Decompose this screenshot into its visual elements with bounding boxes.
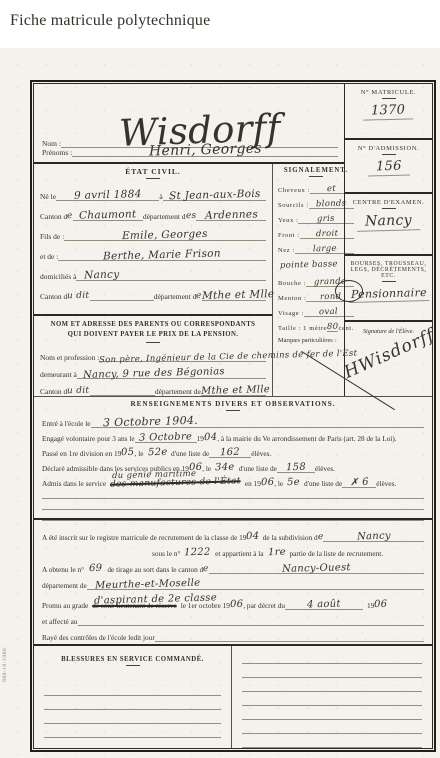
right-column: N° MATRICULE. 1370 N° D'ADMISSION. 156 C… [344, 84, 432, 396]
etat-civil-section: ÉTAT CIVIL. Né le 9 avril 1884 à St Jean… [34, 164, 272, 316]
main-band: Nom : Wisdorff Prénoms : Henri, Georges [34, 84, 432, 396]
et-de-label: et de : [40, 252, 58, 261]
marques-label: Marques particulières : [278, 337, 354, 344]
bourses-label-line2: LEGS, DÉCRÈTEMENTS, ETC. [345, 267, 432, 279]
divider-dash [309, 176, 323, 177]
centre-examen-box: CENTRE D'EXAMEN. Nancy [345, 194, 432, 256]
cheveux-value: et [327, 184, 336, 194]
ruled-line [44, 696, 221, 710]
sourcils-value: blonds [316, 199, 347, 210]
lieu-value: St Jean-aux-Bois [168, 188, 260, 202]
affecte-field [78, 625, 424, 626]
front-value: droit [316, 229, 339, 240]
prenoms-label: Prénoms : [42, 148, 72, 157]
ne-le-field: 9 avril 1884 [56, 189, 159, 201]
passe-label1: Passé en 1re division en 19 [42, 449, 121, 458]
admis-label4: d'une liste de [304, 479, 342, 488]
ruled-line [44, 682, 221, 696]
partie-label1: et appartient à la [215, 549, 263, 558]
canton2-label: Canton d [40, 292, 67, 301]
ne-le-value: 9 avril 1884 [74, 188, 142, 202]
bourses-box: BOURSES, TROUSSEAU, LEGS, DÉCRÈTEMENTS, … [345, 256, 432, 322]
yeux-label: Yeux : [278, 217, 298, 224]
demeurant-label: demeurant à [40, 370, 77, 379]
canton2-suffix: u dit [67, 291, 90, 302]
dept-recr-field-rest [259, 589, 424, 590]
divider-dash [126, 665, 140, 666]
passe-total: 162 [220, 447, 240, 459]
taille-field: 80 [327, 322, 338, 332]
divider-dash [382, 154, 396, 155]
admis-label3: , le [274, 479, 283, 488]
et-de-value: Berthe, Marie Frison [103, 247, 221, 262]
declare-rang: 34e [211, 462, 239, 474]
renseignements-title: RENSEIGNEMENTS DIVERS ET OBSERVATIONS. [42, 400, 424, 408]
visage-value: oval [319, 307, 338, 317]
parents-dept-field: Mthe et Mlle [201, 385, 266, 396]
admission-box: N° D'ADMISSION. 156 [345, 140, 432, 194]
lieu-field: St Jean-aux-Bois [163, 189, 266, 201]
ruled-line [44, 724, 221, 738]
promu-annee2: 06 [374, 599, 388, 610]
canton1-value: Chaumont [79, 208, 137, 222]
ruled-line [242, 664, 422, 678]
canton1-label: Canton d [40, 212, 67, 221]
passe-rang: 52e [143, 447, 171, 459]
fils-de-value: Emile, Georges [122, 228, 208, 242]
tirage-label2: de tirage au sort dans le canton d [107, 565, 203, 574]
tirage-numero: 69 [84, 563, 108, 575]
nez-value2: pointe basse [280, 259, 338, 271]
passe-label2: , le [135, 449, 144, 458]
inscrit-label2: de la subdivision d [260, 533, 318, 542]
ruled-line [44, 710, 221, 724]
ruled-line [242, 692, 422, 706]
inscrit-annee: 04 [246, 531, 260, 542]
engage-mid: 19 [197, 434, 204, 443]
declare-label3: d'une liste de [239, 464, 277, 473]
tirage-canton: Nancy-Ouest [282, 562, 351, 575]
centre-examen-value: Nancy [357, 212, 420, 232]
tirage-suffix: e [203, 564, 209, 574]
ruled-line [42, 499, 424, 510]
dept2-value: Mthe et Mlle [202, 288, 275, 302]
declare-label4: élèves. [315, 464, 335, 473]
admis-rang: 5e [283, 477, 304, 489]
front-label: Front : [278, 232, 300, 239]
ruled-line [242, 720, 422, 734]
yeux-value: gris [317, 214, 335, 224]
declare-label2: , le [202, 464, 211, 473]
nom-profession-label: Nom et profession : [40, 353, 99, 362]
recrutement-section: A été inscrit sur le registre matricule … [34, 518, 432, 644]
inscrit-suffix: e [318, 532, 324, 542]
menton-label: Menton : [278, 295, 306, 302]
dept-recr-value: Meurthe-et-Moselle [95, 578, 201, 592]
signalement-title: SIGNALEMENT. [278, 167, 354, 174]
passe-label3: d'une liste de [171, 449, 209, 458]
et-de-field: Berthe, Marie Frison [58, 249, 266, 261]
declare-total: 158 [286, 462, 306, 474]
dept2-field: Mthe et Mlle [202, 289, 266, 301]
fils-de-label: Fils de : [40, 232, 64, 241]
tirage-label1: A obtenu le n° [42, 565, 84, 574]
dept1-label: département d [143, 212, 186, 221]
raye-label: Rayé des contrôles de l'école ledit jour [42, 633, 155, 642]
partie-label2: partie de la liste de recrutement. [290, 549, 384, 558]
entre-value: 3 Octobre 1904. [103, 414, 198, 429]
blessures-section: BLESSURES EN SERVICE COMMANDÉ. [34, 646, 232, 748]
ruled-line [242, 678, 422, 692]
divider-dash [146, 178, 160, 179]
blessures-band: BLESSURES EN SERVICE COMMANDÉ. [34, 644, 432, 748]
numero-value: 1222 [180, 547, 215, 559]
dept1-field: Ardennes [196, 209, 266, 221]
bouche-label: Bouche : [278, 280, 306, 287]
admission-label: N° D'ADMISSION. [345, 145, 432, 152]
canton2-field [90, 300, 154, 301]
promu-label4: 19 [363, 601, 374, 610]
partie-value: 1re [263, 547, 289, 559]
engage-value: 3 Octobre [139, 432, 192, 444]
divider-dash [382, 281, 396, 282]
passe-field: 162 [209, 447, 251, 458]
divider-dash [226, 410, 240, 411]
page-title: Fiche matricule polytechnique [10, 12, 210, 30]
ruled-line [42, 488, 424, 499]
engage-suffix: , à la mairie du Ve arrondissement de Pa… [217, 434, 396, 443]
parents-section: NOM ET ADRESSE DES PARENTS OU CORRESPOND… [34, 316, 272, 396]
tirage-field: Nancy-Ouest [209, 563, 424, 574]
admis-struck-text: des manufactures de l'État [110, 477, 241, 490]
promu-decret-field: 4 août [285, 599, 363, 610]
domicilies-label: domiciliés à [40, 272, 76, 281]
inscrit-subdivision: Nancy [357, 531, 391, 543]
sourcils-label: Sourcils : [278, 202, 309, 209]
admis-label2: en 19 [245, 479, 261, 488]
parents-title-line1: NOM ET ADRESSE DES PARENTS OU CORRESPOND… [40, 320, 266, 330]
admis-label5: élèves. [376, 479, 396, 488]
matricule-box: N° MATRICULE. 1370 [345, 84, 432, 140]
admis-annee: 06 [261, 477, 275, 488]
prenoms-value: Henri, Georges [149, 141, 262, 160]
passe-label4: élèves. [251, 449, 271, 458]
ne-le-label: Né le [40, 192, 56, 201]
raye-field [155, 641, 424, 642]
bourses-value: Pensionnaire [348, 286, 428, 303]
demeurant-value: Nancy, 9 rue des Bégonias [83, 367, 225, 382]
entre-field-rest [211, 427, 424, 428]
promu-label1: Promu au grade [42, 601, 88, 610]
parents-title-line2: QUI DOIVENT PAYER LE PRIX DE LA PENSION. [40, 330, 266, 340]
admis-label1: Admis dans le service [42, 479, 106, 488]
dept1-suffix: es [185, 211, 196, 221]
matricule-value: 1370 [363, 102, 414, 120]
ruled-line [242, 706, 422, 720]
cheveux-label: Cheveux : [278, 187, 310, 194]
dept2-label: département d [154, 292, 197, 301]
dept-recr-field: Meurthe-et-Moselle [87, 579, 260, 590]
centre-examen-label: CENTRE D'EXAMEN. [345, 199, 432, 206]
nez-label: Nez : [278, 247, 295, 254]
canton1-suffix: e [67, 211, 73, 221]
admission-value: 156 [367, 158, 409, 176]
domicilies-field: Nancy [76, 269, 266, 281]
entre-field: 3 Octobre 1904. [91, 415, 211, 428]
divider-dash [382, 98, 396, 99]
admis-field: ✗ 6 [342, 477, 376, 488]
promu-annee1: 06 [230, 599, 244, 610]
parents-dept-label: département de [155, 387, 201, 396]
renseignements-section: RENSEIGNEMENTS DIVERS ET OBSERVATIONS. E… [34, 396, 432, 518]
divider-dash [146, 342, 160, 343]
declare-field: 158 [277, 462, 315, 473]
engage-label: Engagé volontaire pour 3 ans le [42, 434, 135, 443]
taille-label: Taille : 1 mètre [278, 325, 327, 332]
affecte-label: et affecté au [42, 617, 78, 626]
fils-de-field: Emile, Georges [64, 229, 266, 241]
engage-field: 3 Octobre [135, 432, 197, 443]
nom-profession-field: Son père, Ingénieur de la Cie de chemins… [99, 352, 266, 362]
ruled-line [242, 734, 422, 748]
prenoms-field: Henri, Georges [72, 142, 338, 157]
entre-label: Entré à l'école le [42, 419, 91, 428]
promu-decret-date: 4 août [307, 599, 341, 611]
parents-dept-value: Mthe et Mlle [201, 384, 270, 397]
numero-label: sous le n° [152, 549, 180, 558]
promu-label3: , par décret du [243, 601, 285, 610]
parents-canton-suffix: u dit [67, 386, 90, 397]
divider-dash [382, 208, 396, 209]
taille-value: 80 [327, 322, 339, 332]
visage-label: Visage : [278, 310, 304, 317]
admis-total: ✗ 6 [350, 477, 369, 488]
notes-column [232, 646, 432, 748]
identity-section: Nom : Wisdorff Prénoms : Henri, Georges [34, 84, 344, 164]
matricule-label: N° MATRICULE. [345, 89, 432, 96]
dept-recr-label: département de [42, 581, 87, 590]
ruled-line [242, 650, 422, 664]
nez-value: large [312, 244, 336, 255]
inscrit-field: Nancy [323, 531, 424, 542]
passe-annee: 05 [121, 447, 135, 458]
inscrit-label1: A été inscrit sur le registre matricule … [42, 533, 246, 542]
signature-box: Signature de l'Élève. HWisdorff [345, 322, 432, 396]
printer-imprint: 600-10-1906. [2, 646, 8, 682]
demeurant-field: Nancy, 9 rue des Bégonias [77, 368, 266, 379]
domicilies-value: Nancy [84, 269, 120, 282]
canton1-field: Chaumont [73, 209, 143, 221]
parents-canton-label: Canton d [40, 387, 67, 396]
dept1-value: Ardennes [204, 208, 257, 221]
engage-value2: 04 [204, 432, 218, 443]
etat-civil-title: ÉTAT CIVIL. [40, 167, 266, 176]
scanned-document: 600-10-1906. Nom : Wisdorff Pré [0, 48, 440, 758]
matricule-form: Nom : Wisdorff Prénoms : Henri, Georges [30, 80, 436, 752]
blessures-title: BLESSURES EN SERVICE COMMANDÉ. [44, 656, 221, 663]
